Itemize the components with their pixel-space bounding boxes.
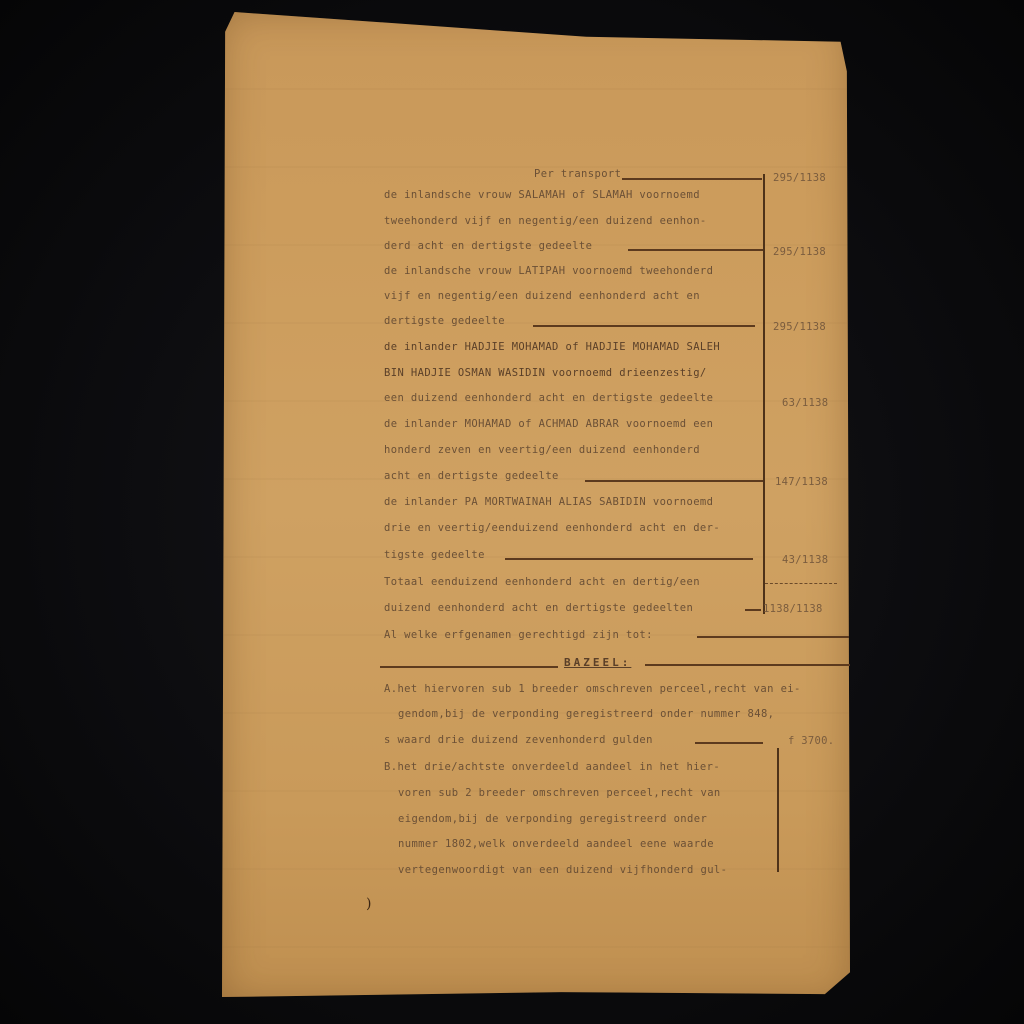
heir-4-share: 147/1138 xyxy=(775,476,828,488)
heir-2-line-2: vijf en negentig/een duizend eenhonderd … xyxy=(384,290,700,303)
heir-3-line-1: de inlander HADJIE MOHAMAD of HADJIE MOH… xyxy=(384,341,720,354)
heir-2-share: 295/1138 xyxy=(773,321,826,333)
heir-1-line-2: tweehonderd vijf en negentig/een duizend… xyxy=(384,215,707,228)
amount-column-rule xyxy=(763,174,765,614)
asset-a-value: f 3700. xyxy=(788,735,834,747)
total-share: 1138/1138 xyxy=(763,603,823,615)
heir-5-rule xyxy=(505,558,753,560)
total-dashed-rule xyxy=(765,583,837,584)
heir-3-share: 63/1138 xyxy=(782,397,828,409)
asset-a-line-3: s waard drie duizend zevenhonderd gulden xyxy=(384,734,653,747)
heading-rule-right xyxy=(645,664,850,666)
photo-background: Per transport 295/1138 de inlandsche vro… xyxy=(0,0,1024,1024)
heir-4-line-2: honderd zeven en veertig/een duizend een… xyxy=(384,444,700,457)
entitlement-line: Al welke erfgenamen gerechtigd zijn tot: xyxy=(384,629,653,642)
heir-5-line-1: de inlander PA MORTWAINAH ALIAS SABIDIN … xyxy=(384,496,713,509)
heir-4-line-1: de inlander MOHAMAD of ACHMAD ABRAR voor… xyxy=(384,418,713,431)
asset-column-rule xyxy=(777,748,779,872)
carried-forward-amount: 295/1138 xyxy=(773,172,826,184)
entitlement-rule xyxy=(697,636,849,638)
asset-b-line-2: voren sub 2 breeder omschreven perceel,r… xyxy=(398,787,721,800)
heir-5-line-2: drie en veertig/eenduizend eenhonderd ac… xyxy=(384,522,720,535)
heir-1-rule xyxy=(628,249,763,251)
section-heading: BAZEEL: xyxy=(564,656,631,669)
total-line-1: Totaal eenduizend eenhonderd acht en der… xyxy=(384,576,700,589)
heir-1-line-3: derd acht en dertigste gedeelte xyxy=(384,240,592,253)
heir-5-share: 43/1138 xyxy=(782,554,828,566)
asset-a-line-2: gendom,bij de verponding geregistreerd o… xyxy=(398,708,774,721)
carried-forward-rule xyxy=(622,178,762,180)
asset-b-line-4: nummer 1802,welk onverdeeld aandeel eene… xyxy=(398,838,714,851)
heir-3-line-3: een duizend eenhonderd acht en dertigste… xyxy=(384,392,713,405)
asset-a-rule xyxy=(695,742,763,744)
asset-b-line-1: B.het drie/achtste onverdeeld aandeel in… xyxy=(384,761,720,774)
heir-2-rule xyxy=(533,325,755,327)
heir-3-line-2: BIN HADJIE OSMAN WASIDIN voornoemd driee… xyxy=(384,367,707,380)
heir-4-rule xyxy=(585,480,763,482)
heading-rule-left xyxy=(380,666,558,668)
total-line-2: duizend eenhonderd acht en dertigste ged… xyxy=(384,602,693,615)
heir-1-line-1: de inlandsche vrouw SALAMAH of SLAMAH vo… xyxy=(384,189,700,202)
margin-mark: ) xyxy=(366,896,371,912)
heir-2-line-3: dertigste gedeelte xyxy=(384,315,505,328)
carried-forward-label: Per transport xyxy=(534,168,621,181)
heir-1-share: 295/1138 xyxy=(773,246,826,258)
asset-b-line-3: eigendom,bij de verponding geregistreerd… xyxy=(398,813,707,826)
total-rule xyxy=(745,609,761,611)
heir-2-line-1: de inlandsche vrouw LATIPAH voornoemd tw… xyxy=(384,265,713,278)
heir-4-line-3: acht en dertigste gedeelte xyxy=(384,470,559,483)
asset-a-line-1: A.het hiervoren sub 1 breeder omschreven… xyxy=(384,683,801,696)
heir-5-line-3: tigste gedeelte xyxy=(384,549,485,562)
asset-b-line-5: vertegenwoordigt van een duizend vijfhon… xyxy=(398,864,727,877)
